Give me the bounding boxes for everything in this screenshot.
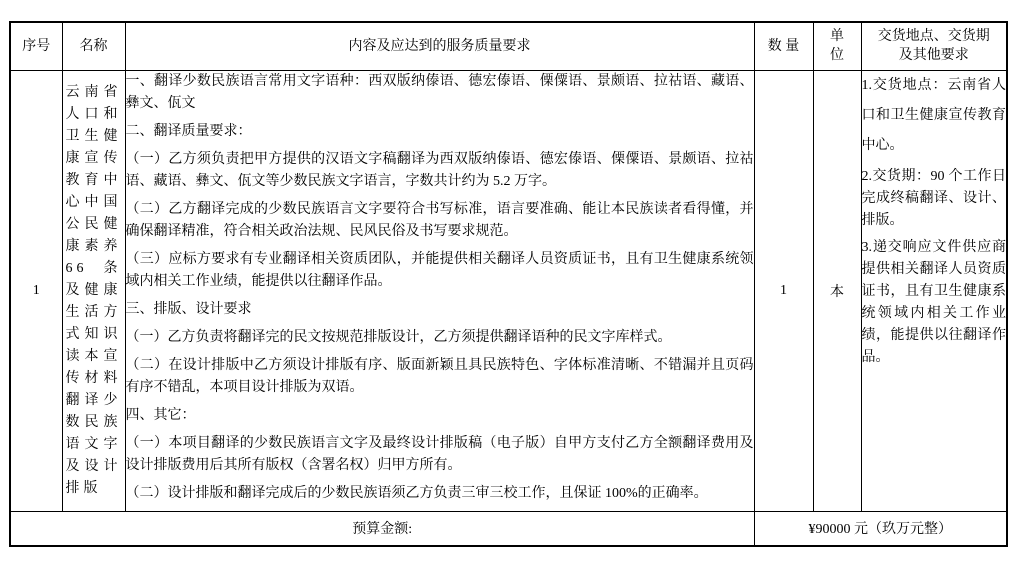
content-paragraph: 三、排版、设计要求 (126, 299, 754, 321)
table-data-row: 1 云南省人口和卫生健康宣传教育中心中国公民健康素养66条及健康生活方式知识读本… (10, 70, 1007, 511)
header-cell-delivery: 交货地点、交货期及其他要求 (861, 22, 1007, 70)
unit-cell: 本 (813, 70, 861, 511)
content-paragraph: 四、其它： (126, 405, 754, 427)
delivery-item: 1.交货地点：云南省人口和卫生健康宣传教育中心。 (862, 71, 1007, 161)
content-paragraph: （二）乙方翻译完成的少数民族语言文字要符合书写标准，语言要准确、能让本民族读者看… (126, 199, 754, 243)
header-cell-serial: 序号 (10, 22, 62, 70)
project-name-cell: 云南省人口和卫生健康宣传教育中心中国公民健康素养66条及健康生活方式知识读本宣传… (62, 70, 125, 511)
table-header-row: 序号 名称 内容及应达到的服务质量要求 数 量 单 位 交货地点、交货期及其他要… (10, 22, 1007, 70)
content-paragraph: （三）应标方要求有专业翻译相关资质团队，并能提供相关翻译人员资质证书，且有卫生健… (126, 249, 754, 293)
content-paragraph: 一、翻译少数民族语言常用文字语种：西双版纳傣语、德宏傣语、傈僳语、景颇语、拉祜语… (126, 71, 754, 115)
delivery-item: 3.递交响应文件供应商提供相关翻译人员资质证书，且有卫生健康系统领域内相关工作业… (862, 237, 1007, 369)
header-cell-quantity: 数 量 (754, 22, 813, 70)
budget-row: 预算金额: ¥90000 元（玖万元整） (10, 511, 1007, 546)
header-cell-name: 名称 (62, 22, 125, 70)
header-cell-unit: 单 位 (813, 22, 861, 70)
content-paragraph: （一）乙方负责将翻译完的民文按规范排版设计，乙方须提供翻译语种的民文字库样式。 (126, 327, 754, 349)
content-paragraph: （二）在设计排版中乙方须设计排版有序、版面新颖且具民族特色、字体标准清晰、不错漏… (126, 355, 754, 399)
content-paragraph: （二）设计排版和翻译完成后的少数民族语须乙方负责三审三校工作，且保证 100%的… (126, 483, 754, 505)
content-requirements-cell: 一、翻译少数民族语言常用文字语种：西双版纳傣语、德宏傣语、傈僳语、景颇语、拉祜语… (125, 70, 754, 511)
quantity-cell: 1 (754, 70, 813, 511)
requirements-table: 序号 名称 内容及应达到的服务质量要求 数 量 单 位 交货地点、交货期及其他要… (9, 21, 1008, 547)
project-name-text: 云南省人口和卫生健康宣传教育中心中国公民健康素养66条及健康生活方式知识读本宣传… (66, 82, 122, 500)
delivery-item: 2.交货期：90 个工作日完成终稿翻译、设计、排版。 (862, 166, 1007, 232)
delivery-requirements-cell: 1.交货地点：云南省人口和卫生健康宣传教育中心。 2.交货期：90 个工作日完成… (861, 70, 1007, 511)
budget-amount-cell: ¥90000 元（玖万元整） (754, 511, 1007, 546)
document-sheet: 序号 名称 内容及应达到的服务质量要求 数 量 单 位 交货地点、交货期及其他要… (9, 21, 1008, 547)
content-paragraph: （一）本项目翻译的少数民族语言文字及最终设计排版稿（电子版）自甲方支付乙方全额翻… (126, 433, 754, 477)
content-paragraph: 二、翻译质量要求： (126, 121, 754, 143)
header-cell-content: 内容及应达到的服务质量要求 (125, 22, 754, 70)
serial-number-cell: 1 (10, 70, 62, 511)
content-paragraph: （一）乙方须负责把甲方提供的汉语文字稿翻译为西双版纳傣语、德宏傣语、傈僳语、景颇… (126, 149, 754, 193)
budget-label-cell: 预算金额: (10, 511, 754, 546)
